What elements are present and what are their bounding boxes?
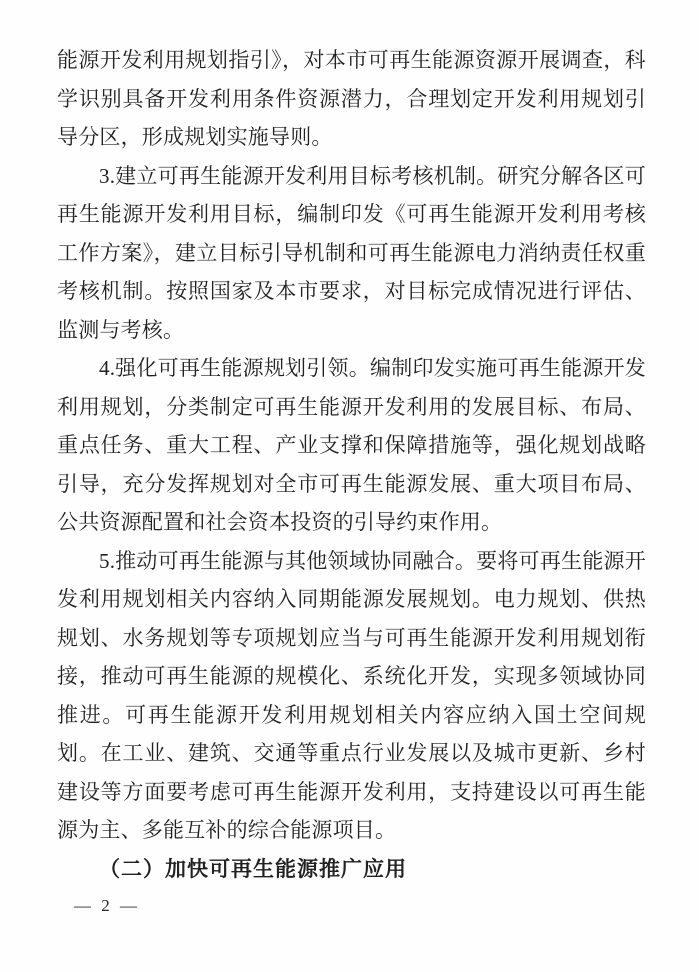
paragraph-item-3: 3.建立可再生能源开发利用目标考核机制。研究分解各区可再生能源开发利用目标，编制…: [57, 157, 646, 350]
paragraph-item-5: 5.推动可再生能源与其他领域协同融合。要将可再生能源开发利用规划相关内容纳入同期…: [57, 542, 646, 850]
paragraph-item-4: 4.强化可再生能源规划引领。编制印发实施可再生能源开发利用规划，分类制定可再生能…: [57, 349, 646, 542]
paragraph-continuation: 能源开发利用规划指引》，对本市可再生能源资源开展调查，科学识别具备开发利用条件资…: [57, 41, 646, 157]
section-heading: （二）加快可再生能源推广应用: [57, 850, 646, 889]
page-number: — 2 —: [74, 896, 140, 916]
document-body: 能源开发利用规划指引》，对本市可再生能源资源开展调查，科学识别具备开发利用条件资…: [57, 41, 646, 888]
document-page: 能源开发利用规划指引》，对本市可再生能源资源开展调查，科学识别具备开发利用条件资…: [0, 0, 699, 972]
